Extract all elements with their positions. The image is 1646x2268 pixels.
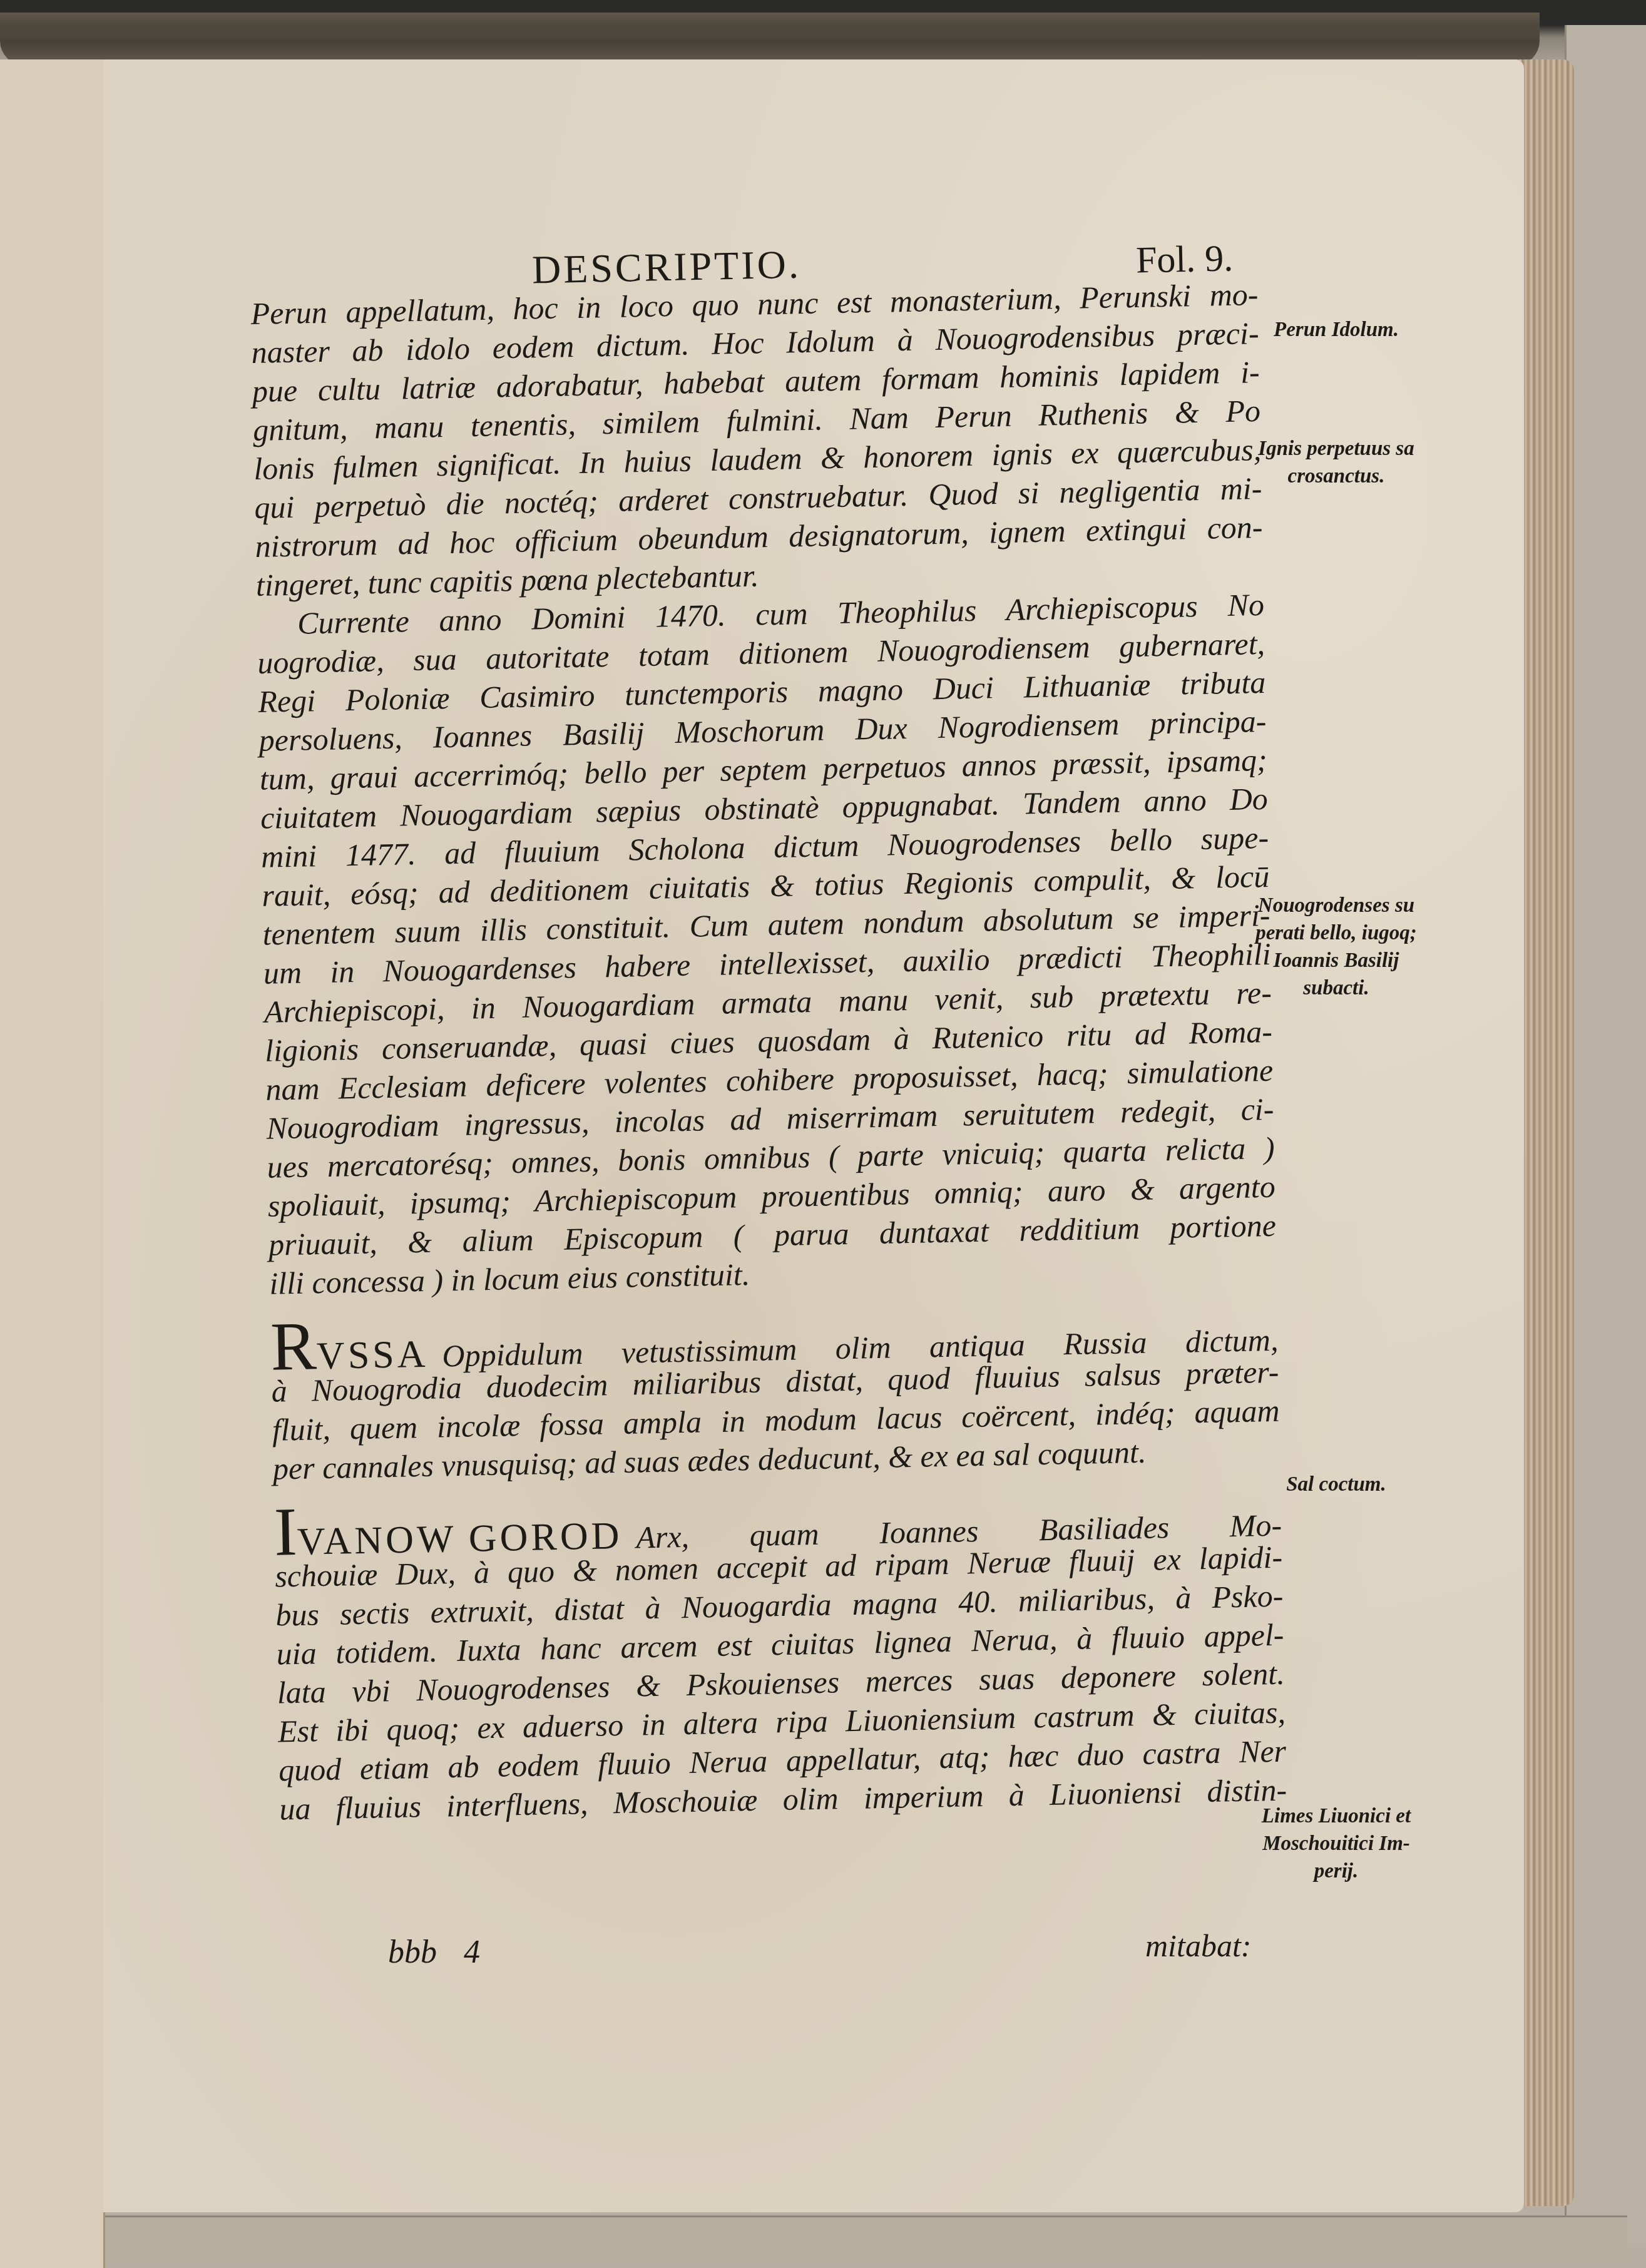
margin-note-line: perati bello, iugoq; (1230, 919, 1443, 947)
drop-cap: R (270, 1320, 317, 1371)
margin-note-line: Perun Idolum. (1230, 316, 1443, 344)
margin-note-perun: Perun Idolum. (1230, 316, 1443, 344)
catchword: mitabat: (1145, 1928, 1251, 1964)
margin-note-ignis: Ignis perpetuus sa crosanctus. (1230, 435, 1443, 490)
facing-page-edge (0, 59, 105, 2268)
margin-note-line: Moschouitici Im- (1230, 1830, 1443, 1857)
signature-mark: bbb 4 (388, 1934, 480, 1971)
section-russa: RVSSA Oppidulum vetustissimum olim antiq… (270, 1302, 1281, 1488)
margin-note-line: Sal coctum. (1230, 1471, 1443, 1498)
margin-note-line: perij. (1230, 1857, 1443, 1885)
margin-note-line: Limes Liuonici et (1230, 1802, 1443, 1830)
margin-note-line: Ioannis Basilij (1230, 947, 1443, 974)
margin-note-nouogrodenses: Nouogrodenses su perati bello, iugoq; Io… (1230, 892, 1443, 1002)
paragraph-theophilus: Currente anno Domini 1470. cum Theophilu… (257, 585, 1277, 1303)
margin-note-line: crosanctus. (1230, 462, 1443, 490)
book-cover-right (1565, 25, 1646, 2247)
margin-note-line: Nouogrodenses su (1230, 892, 1443, 919)
drop-cap: I (273, 1506, 297, 1557)
book-cover-bottom (100, 2215, 1627, 2261)
margin-note-limes: Limes Liuonici et Moschouitici Im- perij… (1230, 1802, 1443, 1885)
main-text-block: Perun appellatum, hoc in loco quo nunc e… (250, 275, 1287, 1828)
margin-note-line: Ignis perpetuus sa (1230, 435, 1443, 462)
section-ivanow-gorod: IVANOW GOROD Arx, quam Ioannes Basiliade… (273, 1488, 1287, 1829)
book-binding-top (0, 13, 1540, 66)
margin-note-line: subacti. (1230, 974, 1443, 1002)
margin-note-sal-coctum: Sal coctum. (1230, 1471, 1443, 1498)
paragraph-perun: Perun appellatum, hoc in loco quo nunc e… (250, 275, 1264, 605)
